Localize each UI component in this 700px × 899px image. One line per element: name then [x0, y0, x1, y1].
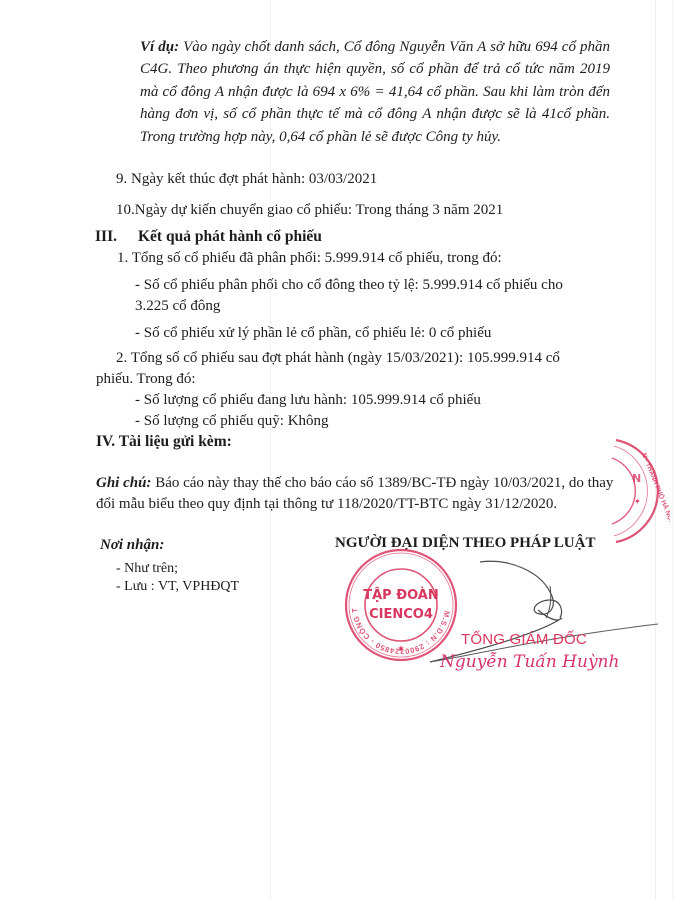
- section-3-line-2b: - Số lượng cổ phiếu quỹ: Không: [135, 410, 329, 432]
- example-label: Ví dụ:: [140, 39, 179, 55]
- section-3-line-1b: - Số cổ phiếu xử lý phần lẻ cổ phần, cổ …: [135, 322, 491, 344]
- item-9-end-date: 9. Ngày kết thúc đợt phát hành: 03/03/20…: [116, 168, 377, 190]
- svg-text:✦: ✦: [634, 497, 641, 506]
- partial-seal-stamp: N ✦ N - THÀNH PHỐ HÀ NỘI: [610, 436, 670, 546]
- recipient-item: - Lưu : VT, VPHĐQT: [116, 576, 239, 598]
- page-edge: [672, 0, 673, 899]
- note-line-1: Ghi chú: Báo cáo này thay thế cho báo cá…: [96, 472, 613, 494]
- section-3-line-1a: - Số cổ phiếu phân phối cho cổ đông theo…: [135, 274, 563, 296]
- signatory-name: Nguyễn Tuấn Huỳnh: [440, 652, 619, 672]
- note-text-1: Báo cáo này thay thế cho báo cáo số 1389…: [151, 475, 613, 491]
- item-10-transfer-date: 10.Ngày dự kiến chuyển giao cổ phiếu: Tr…: [116, 199, 503, 221]
- section-3-line-2-cont: phiếu. Trong đó:: [96, 368, 196, 390]
- example-paragraph: Ví dụ: Vào ngày chốt danh sách, Cổ đông …: [140, 36, 610, 148]
- section-3-line-2: 2. Tổng số cổ phiếu sau đợt phát hành (n…: [116, 347, 560, 369]
- note-line-2: đổi mẫu biểu theo quy định tại thông tư …: [96, 493, 557, 515]
- section-3-title: Kết quả phát hành cổ phiếu: [138, 226, 322, 248]
- section-3-line-1a-cont: 3.225 cổ đông: [135, 295, 220, 317]
- note-label: Ghi chú:: [96, 475, 151, 491]
- section-3-number: III.: [95, 226, 117, 248]
- signatory-title: TỔNG GIÁM ĐỐC: [461, 631, 587, 648]
- example-text: Vào ngày chốt danh sách, Cổ đông Nguyễn …: [140, 39, 610, 145]
- section-3-line-2a: - Số lượng cổ phiếu đang lưu hành: 105.9…: [135, 389, 481, 411]
- section-3-line-1: 1. Tổng số cổ phiếu đã phân phối: 5.999.…: [117, 247, 502, 269]
- partial-seal-letter: N: [632, 472, 641, 485]
- recipients-label: Nơi nhận:: [100, 534, 164, 556]
- partial-seal-ring-text: N - THÀNH PHỐ HÀ NỘI: [640, 451, 670, 523]
- section-4-title: IV. Tài liệu gửi kèm:: [96, 431, 232, 453]
